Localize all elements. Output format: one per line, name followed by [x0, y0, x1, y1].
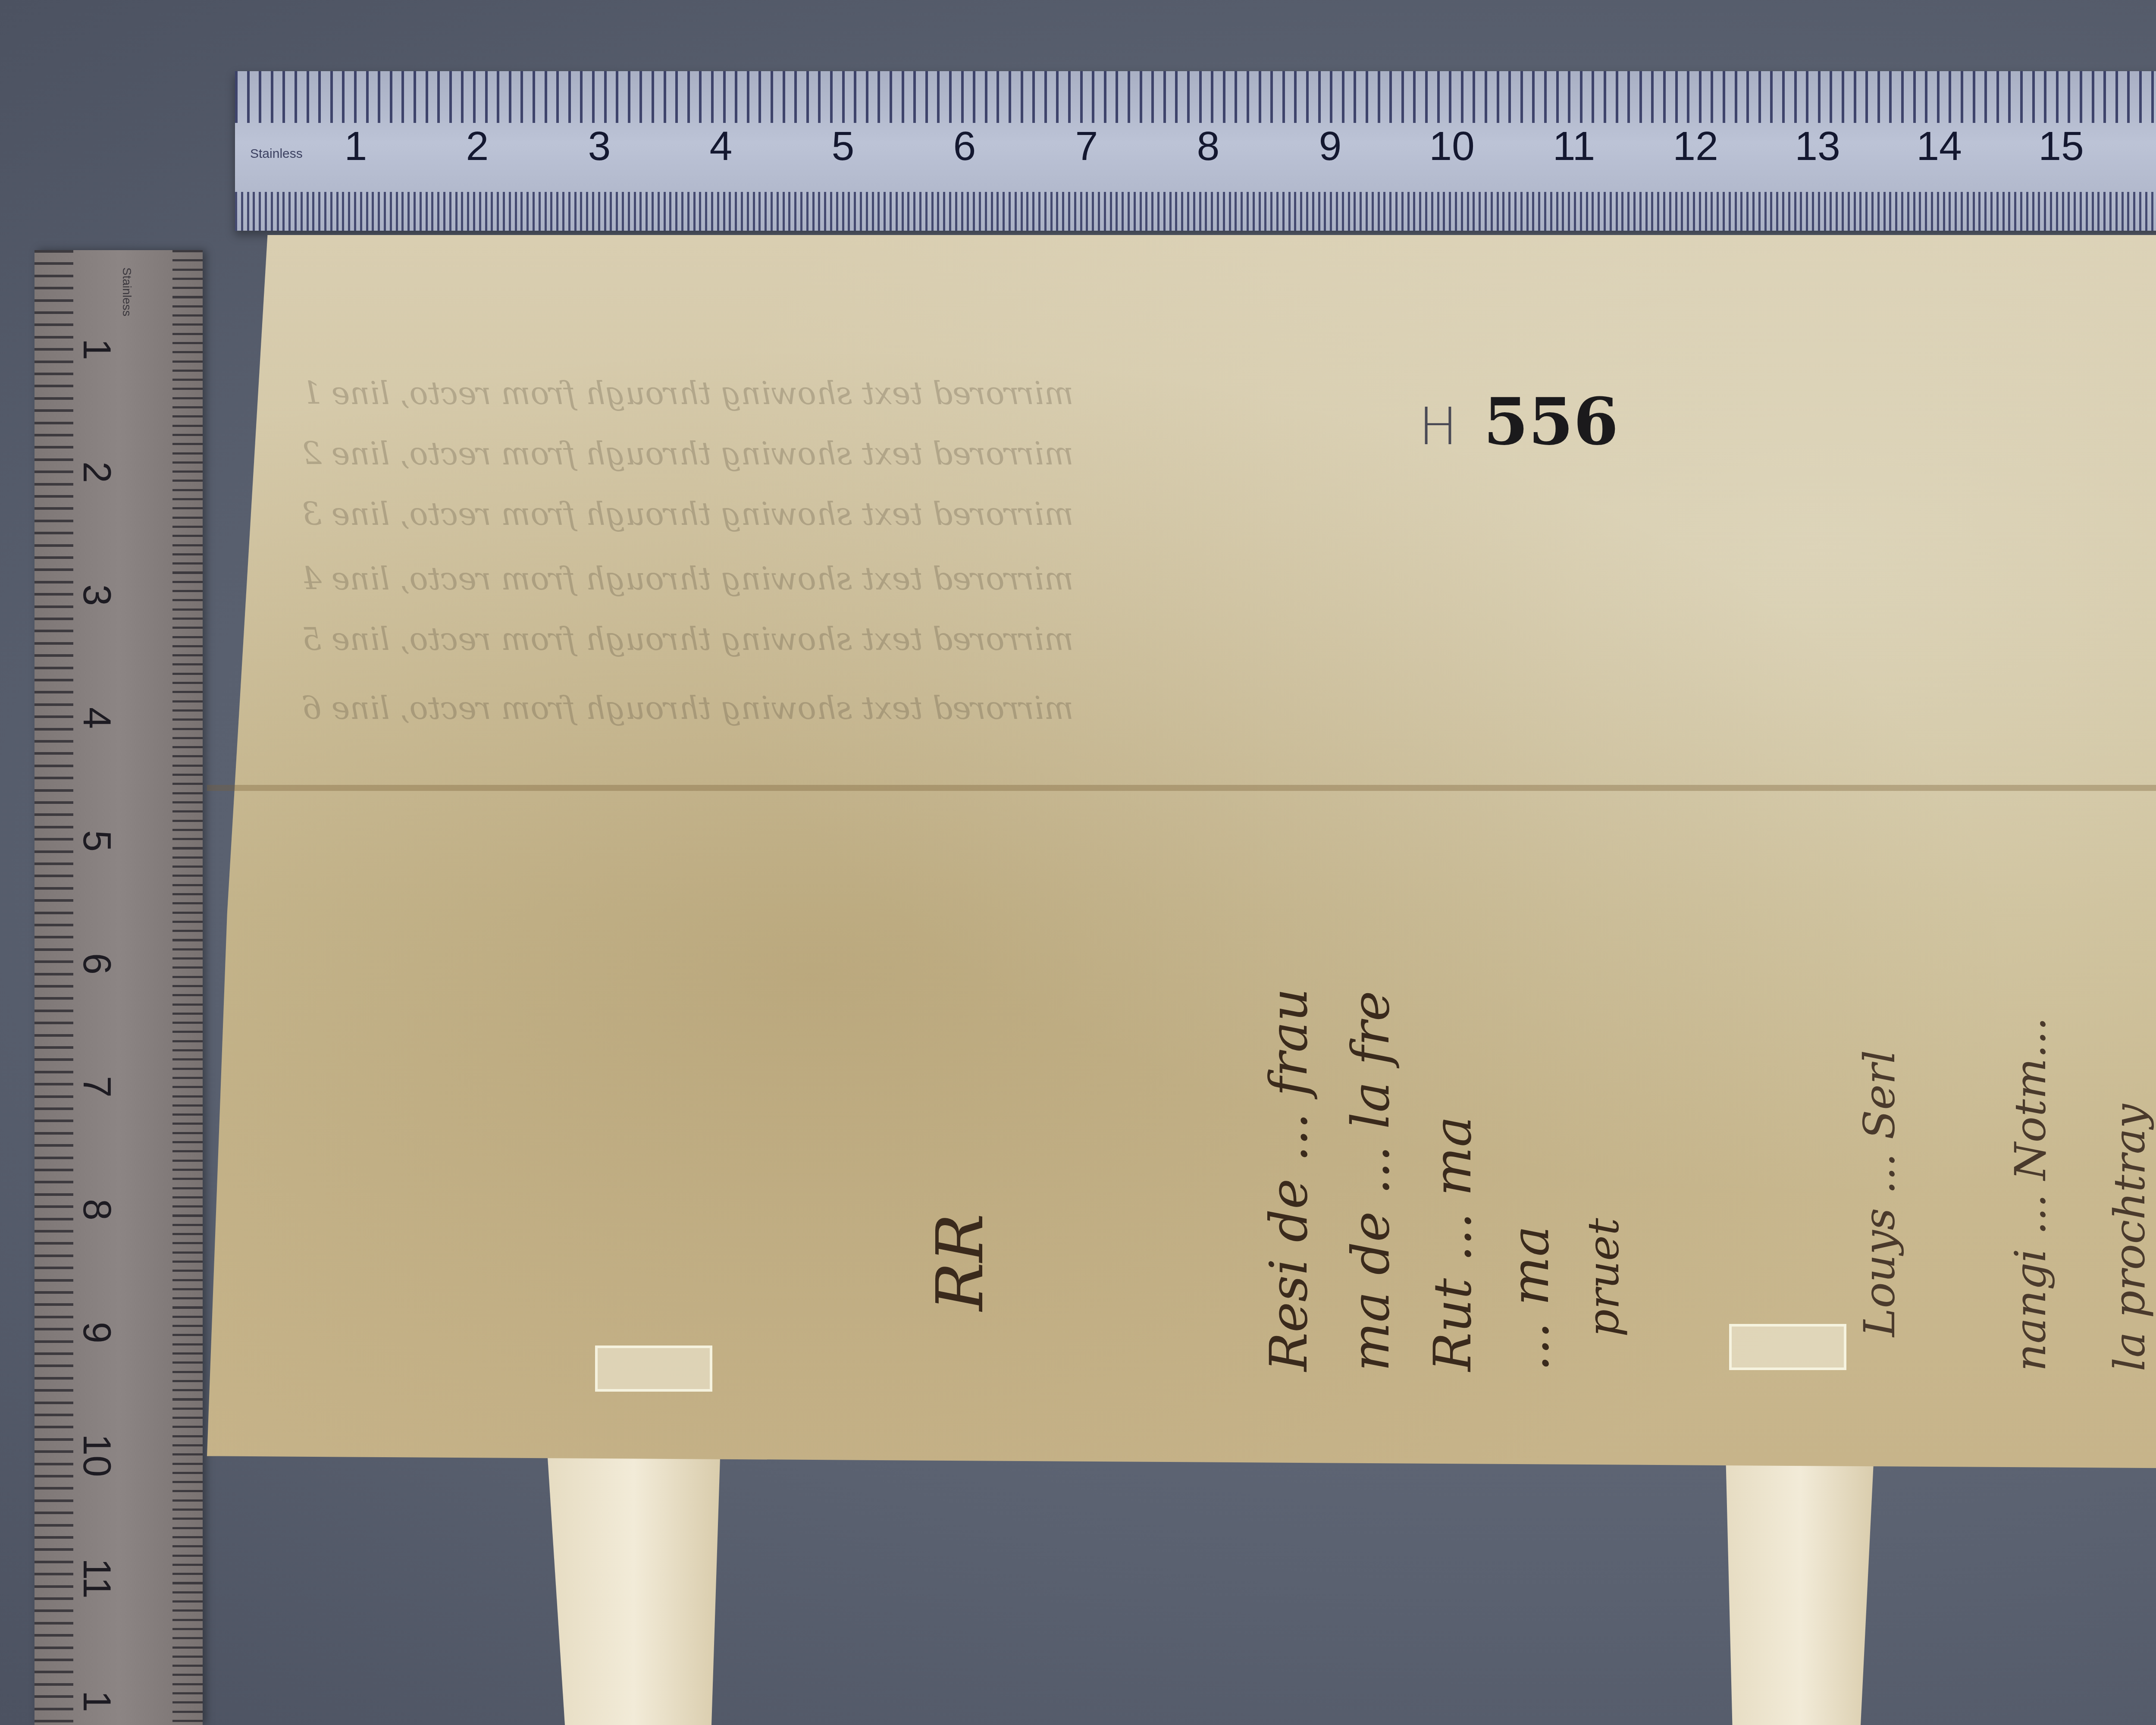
dorsal-note-line: Louys ... Serl — [1854, 1050, 1905, 1337]
ruler-ticks-right — [172, 250, 203, 1725]
archive-shelfmark: H 556 — [1419, 384, 1618, 460]
ruler-ticks-top — [235, 71, 2156, 123]
dorsal-note-line: la prochtray — [2104, 1104, 2155, 1371]
ruler-label: 10 — [74, 1434, 119, 1477]
ruler-label: 1 — [345, 123, 367, 170]
dorsal-note-line: pruet — [1578, 1218, 1629, 1337]
ruler-label: 5 — [74, 830, 119, 852]
ruler-label: 7 — [1075, 123, 1098, 170]
bleed-through-line: mirrored text showing through from recto… — [302, 436, 1074, 472]
ruler-label: 7 — [74, 1076, 119, 1098]
ruler-label: 3 — [74, 584, 119, 606]
seal-tag-slit — [1729, 1324, 1846, 1370]
ruler-ticks-left — [34, 250, 73, 1725]
vertical-ruler: Stainless 1 2 3 4 5 6 7 8 9 10 11 1 — [34, 250, 203, 1725]
initials-note: RR — [923, 1214, 998, 1311]
fold-line — [207, 785, 2156, 791]
bleed-through-line: mirrored text showing through from recto… — [302, 375, 1074, 411]
ruler-label: 5 — [832, 123, 855, 170]
ruler-label: 9 — [1319, 123, 1342, 170]
ruler-label: 6 — [953, 123, 976, 170]
horizontal-ruler: Stainless 1 2 3 4 5 6 7 8 9 10 11 12 13 … — [235, 71, 2156, 231]
ruler-label: 2 — [74, 461, 119, 483]
ruler-brand-label: Stainless — [250, 147, 303, 161]
ruler-label: 9 — [74, 1322, 119, 1343]
ruler-label: 2 — [466, 123, 489, 170]
ruler-label: 14 — [1916, 123, 1962, 170]
dorsal-note-line: ma de ... la fre — [1341, 991, 1401, 1371]
seal-tag-left — [548, 1458, 720, 1725]
ruler-ticks-bottom — [235, 192, 2156, 231]
ruler-label: 15 — [2038, 123, 2084, 170]
bleed-through-line: mirrored text showing through from recto… — [302, 690, 1074, 726]
ruler-label: 4 — [74, 707, 119, 729]
ruler-label: 6 — [74, 953, 119, 975]
ruler-label: 1 — [74, 1690, 119, 1712]
dorsal-note-line: nangi ... Notm... — [2005, 1017, 2056, 1371]
ruler-label: 8 — [74, 1199, 119, 1220]
ruler-label: 12 — [1673, 123, 1718, 170]
bleed-through-line: mirrored text showing through from recto… — [302, 561, 1074, 597]
dorsal-note-line: Resi de ... frau — [1259, 988, 1319, 1371]
shelfmark-prefix: H — [1419, 397, 1457, 457]
ruler-label: 11 — [1553, 123, 1595, 170]
dorsal-note-line: ... ma — [1501, 1226, 1561, 1371]
ruler-label: 11 — [74, 1558, 119, 1598]
ruler-label: 1 — [74, 339, 119, 360]
bleed-through-line: mirrored text showing through from recto… — [302, 621, 1074, 657]
seal-tag-slit — [595, 1345, 712, 1392]
ruler-brand-label: Stainless — [120, 267, 134, 317]
ruler-label: 4 — [710, 123, 733, 170]
dorsal-note-line: Rut ... ma — [1423, 1116, 1483, 1371]
ruler-label: 8 — [1197, 123, 1220, 170]
ruler-label: 3 — [588, 123, 611, 170]
shelfmark-number: 556 — [1483, 384, 1618, 460]
ruler-label: 10 — [1429, 123, 1475, 170]
bleed-through-line: mirrored text showing through from recto… — [302, 496, 1074, 532]
ruler-label: 13 — [1795, 123, 1840, 170]
